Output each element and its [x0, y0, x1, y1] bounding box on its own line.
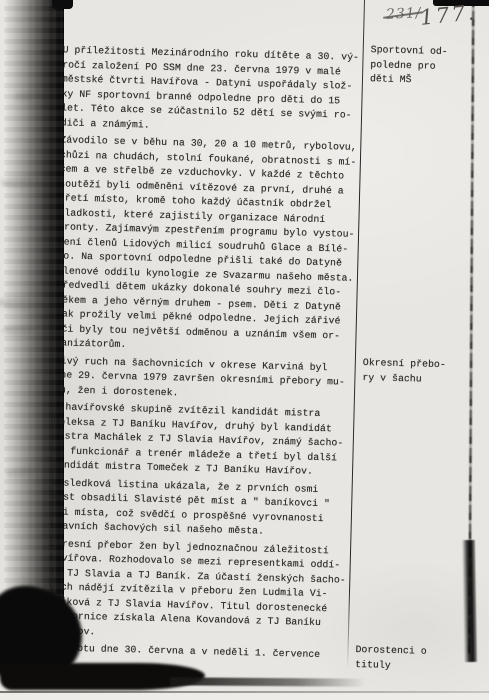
text-line: tituly	[355, 657, 455, 674]
page-content: U příležitosti Mezinárodního roku dítěte…	[0, 0, 489, 700]
bottom-ink-streak-tail	[170, 677, 366, 686]
paragraph: U příležitosti Mezinárodního roku dítěte…	[61, 43, 365, 138]
below-page-strip	[0, 693, 489, 700]
scanned-page: 231/ 177. U příležitosti Mezinárodního r…	[0, 0, 489, 700]
margin-notes: Sportovní od-poledne proděti MŠOkresní p…	[0, 0, 489, 3]
margin-note: Dorostenci otituly	[355, 643, 456, 675]
margin-note: Sportovní od-poledne proděti MŠ	[370, 43, 471, 89]
right-page-edge-shadow-foot	[462, 540, 477, 662]
paragraph: Závodilo se v běhu na 30, 20 a 10 metrů,…	[55, 133, 362, 358]
text-line: děti MŠ	[370, 72, 470, 89]
page-bottom-edge-line	[0, 691, 489, 693]
left-binding-shadow	[4, 0, 64, 662]
typewritten-body: U příležitosti Mezinárodního roku dítěte…	[47, 43, 364, 666]
paragraph: V havířovské skupině zvítězil kandidát m…	[52, 400, 356, 480]
paragraph: Výsledková listina ukázala, že z prvních…	[50, 476, 353, 542]
paragraph: Okresní přebor žen byl jednoznačnou zále…	[48, 537, 352, 646]
margin-note: Okresní přebo-ry v šachu	[362, 356, 463, 388]
handwritten-archive-number: 231/	[386, 5, 422, 23]
text-line: ry v šachu	[362, 371, 462, 388]
top-left-scan-bar	[52, 0, 73, 9]
paragraph: Živý ruch na šachovnicích v okrese Karvi…	[54, 354, 357, 405]
